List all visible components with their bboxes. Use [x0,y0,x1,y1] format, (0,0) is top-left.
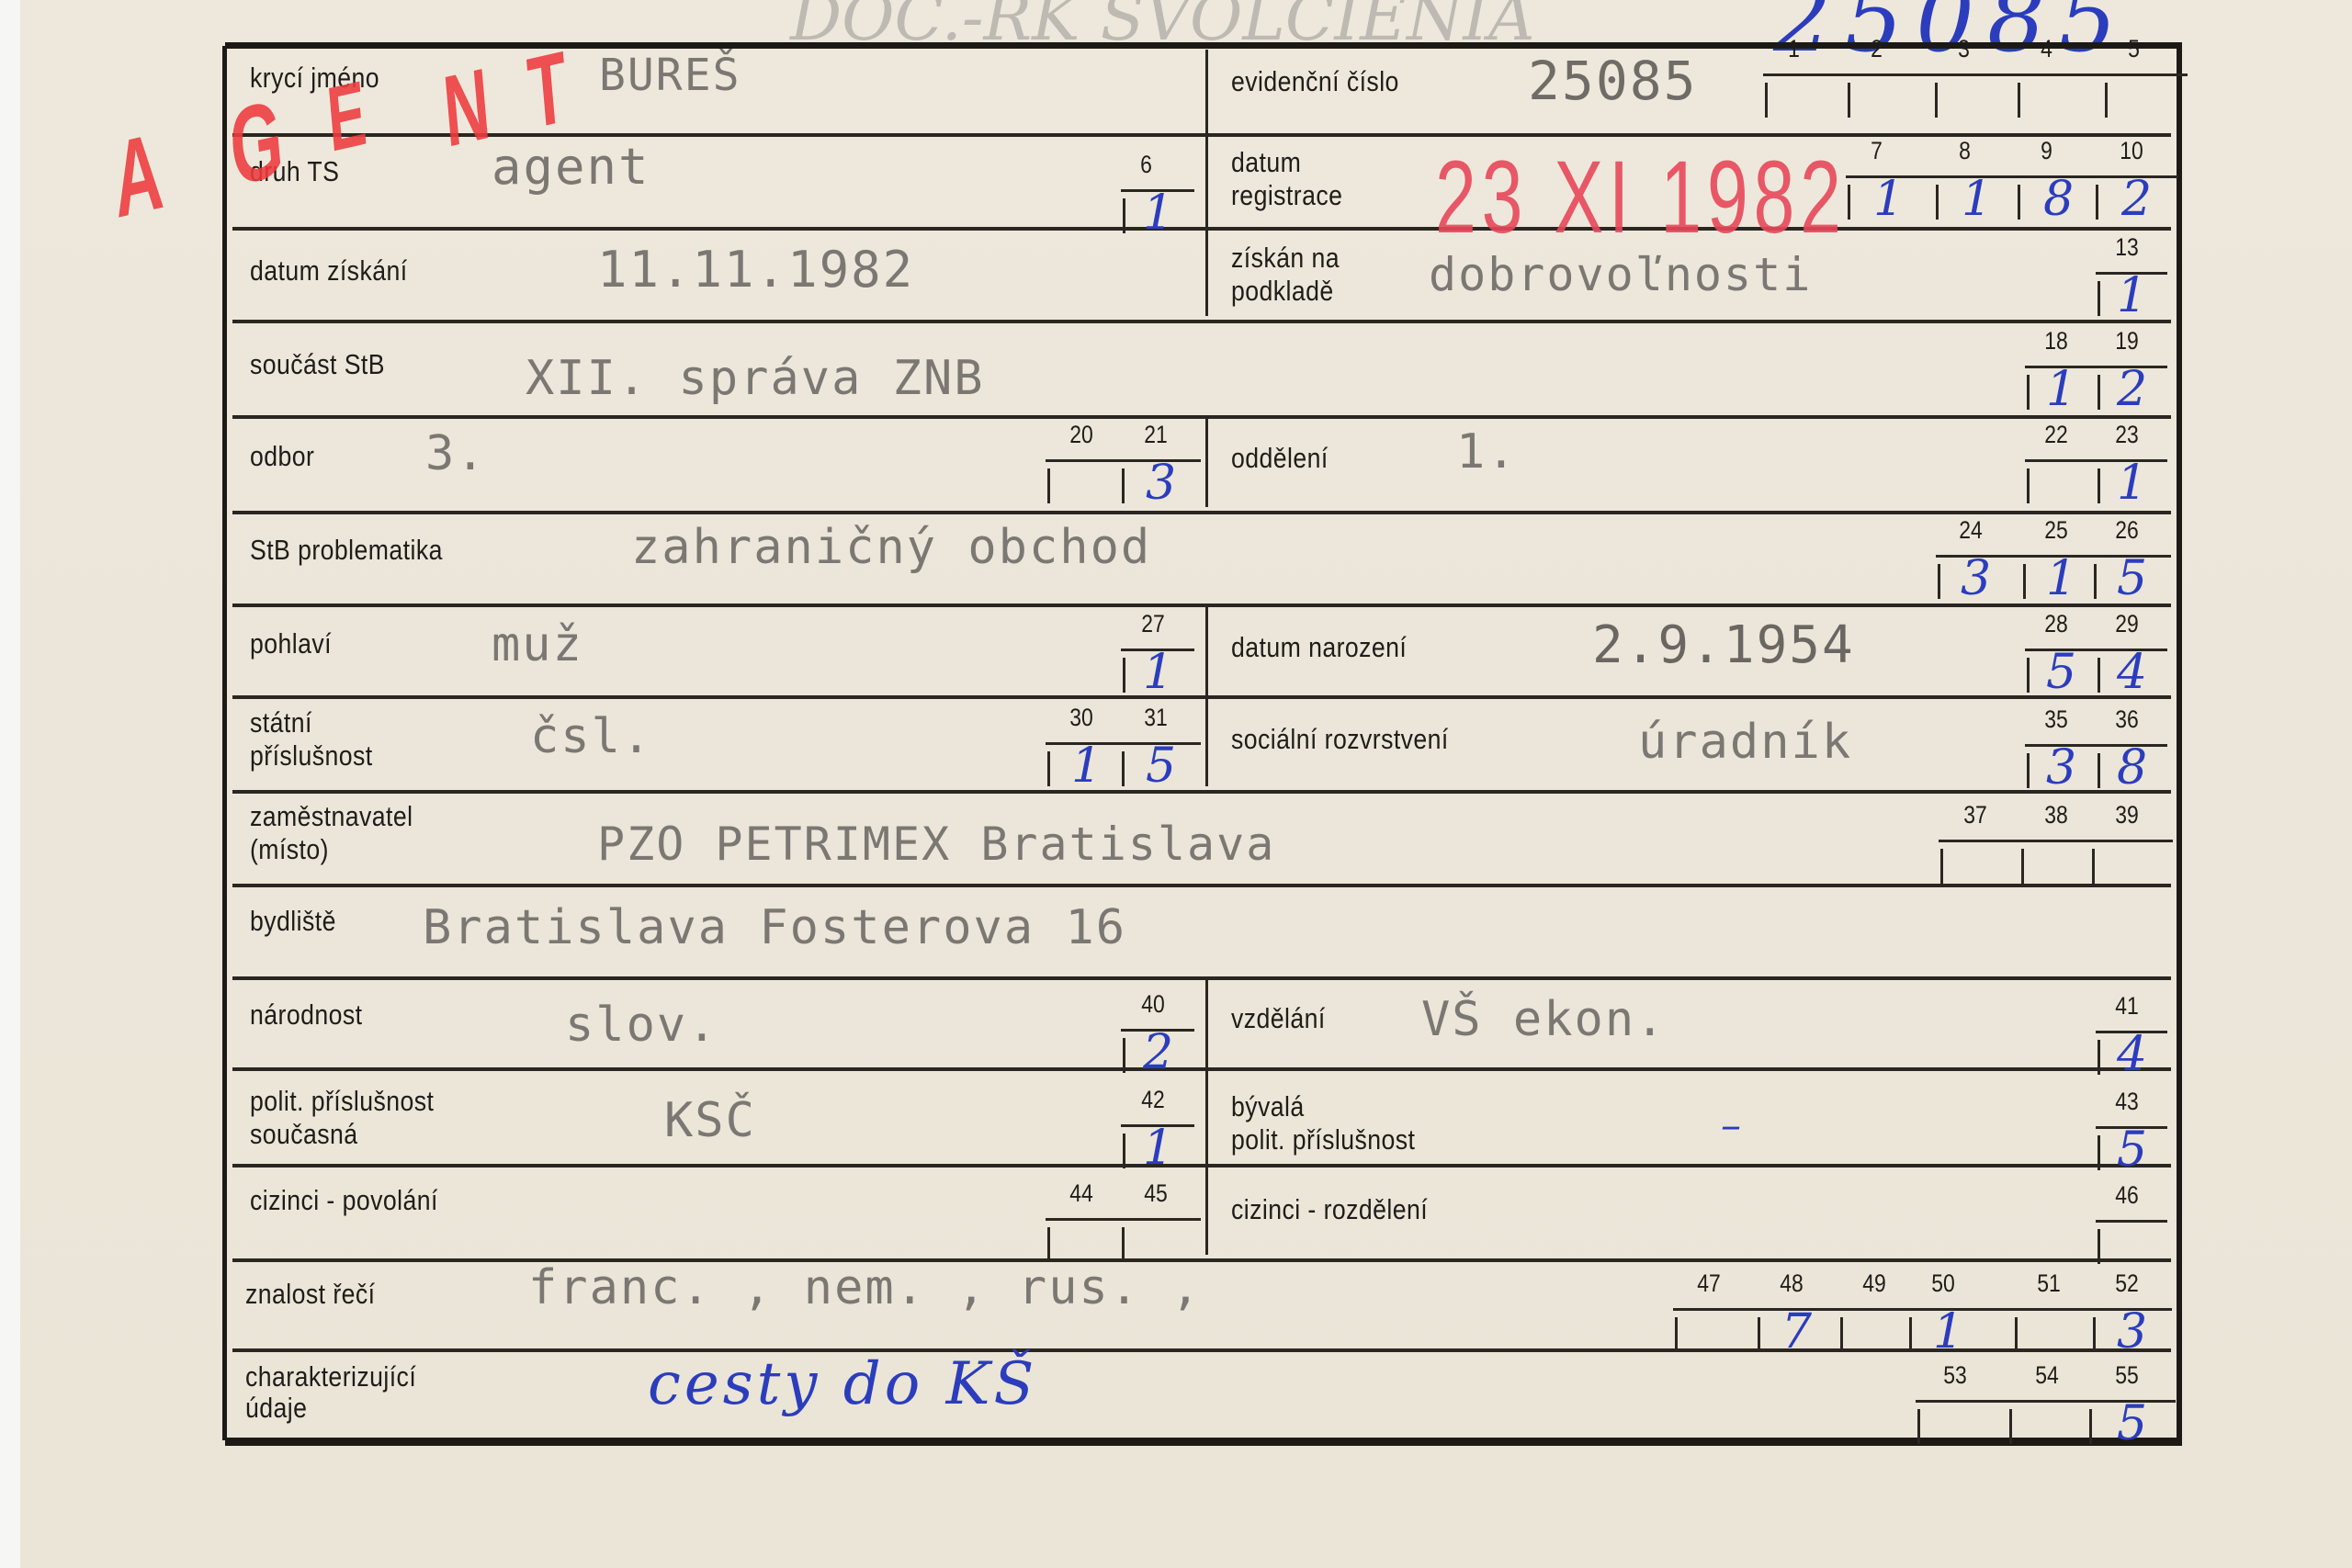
label-datum-registrace-1: datum [1231,147,1301,178]
label-cizinci-povolani: cizinci - povolání [250,1185,438,1216]
code-cell-tick [1123,1134,1125,1168]
label-prislusnost: příslušnost [250,740,373,772]
soucast-stb-code-mark: 1 [2046,362,2076,417]
code-cell-tick [2015,1317,2018,1352]
code-cell-tick [1122,751,1125,786]
row-divider [232,884,2171,887]
socialni-rozvrstveni-code-number: 36 [2115,705,2139,734]
label-datum-narozeni: datum narození [1231,632,1407,663]
value-vzdelani: VŠ ekon. [1421,992,1666,1047]
charakterizujici-code-number: 55 [2115,1361,2139,1390]
code-cell-tick [1765,83,1768,118]
row-divider [232,511,2171,514]
datum-registrace-code-number: 10 [2120,137,2143,165]
znalost-reci-code-number: 47 [1697,1269,1721,1298]
label-vzdelani: vzdělání [1231,1003,1326,1034]
value-stb-problematika: zahraničný obchod [631,520,1151,575]
code-cell-tick [2098,1229,2100,1264]
oddeleni-code-number: 23 [2115,421,2139,449]
evidencni-cislo-code-boxes [1763,73,2188,119]
zamestnavatel-code-number: 39 [2115,801,2139,829]
row-divider [232,790,2171,794]
statni-prislusnost-code-mark: 1 [1071,739,1102,794]
znalost-reci-code-number: 49 [1862,1269,1886,1298]
label-oddeleni: oddělení [1231,443,1329,474]
odbor-code-boxes [1046,459,1201,505]
datum-registrace-code-number: 8 [1959,137,1971,165]
column-divider [1205,50,1208,316]
oddeleni-code-number: 22 [2044,421,2068,449]
row-divider [232,1164,2171,1168]
label-udaje: údaje [245,1393,307,1424]
label-byvala: bývalá [1231,1091,1305,1122]
evidencni-cislo-code-number: 3 [1958,35,1970,63]
value-narodnost: slov. [565,998,718,1053]
label-znalost-reci: znalost řečí [245,1279,375,1310]
code-cell-tick [2027,468,2030,503]
label-evidencni-cislo: evidenční číslo [1231,66,1399,97]
cizinci-rozdeleni-code-number: 46 [2115,1181,2139,1210]
code-cell-tick [2027,658,2030,693]
column-divider [1205,980,1208,1255]
oddeleni-code-mark: 1 [2117,456,2147,511]
value-zamestnavatel: PZO PETRIMEX Bratislava [597,818,1275,871]
narodnost-code-mark: 2 [1143,1025,1173,1080]
datum-narozeni-code-number: 29 [2115,610,2139,638]
form-border-right [2177,46,2182,1440]
value-polit-soucasna: KSČ [664,1093,756,1148]
scan-edge [0,0,20,1568]
row-divider [232,227,2171,231]
code-cell-tick [2021,849,2024,884]
code-cell-tick [1940,849,1943,884]
code-cell-tick [2089,1409,2092,1444]
label-zamestnavatel: zaměstnavatel [250,801,413,832]
cizinci-povolani-code-number: 44 [1069,1179,1093,1208]
code-cell-tick [2093,1317,2096,1352]
column-divider [1205,607,1208,786]
stb-problematika-code-mark: 5 [2117,551,2147,606]
cizinci-povolani-code-number: 45 [1144,1179,1168,1208]
value-soucast-stb: XII. správa ZNB [526,351,985,406]
code-cell-tick [2098,375,2100,410]
code-cell-tick [2105,83,2108,118]
soucast-stb-code-mark: 2 [2117,362,2147,417]
value-charakterizujici: cesty do KŠ [648,1350,1037,1418]
evidencni-cislo-code-number: 4 [2041,35,2052,63]
label-pohlavi: pohlaví [250,628,332,660]
code-cell-tick [1917,1409,1920,1444]
label-stb-problematika: StB problematika [250,535,443,566]
code-cell-tick [1047,751,1050,786]
statni-prislusnost-code-mark: 5 [1146,739,1176,794]
value-socialni-rozvrstveni: úradník [1638,715,1852,770]
label-ziskan-na: získán na [1231,243,1340,274]
datum-narozeni-code-number: 28 [2044,610,2068,638]
form-border-bottom [225,1438,2182,1446]
label-bydliste: bydliště [250,906,336,937]
narodnost-code-number: 40 [1141,990,1165,1019]
agent-stamp-letter: G [225,75,288,210]
code-cell-tick [2098,658,2100,693]
odbor-code-number: 20 [1069,421,1093,449]
datum-registrace-code-number: 7 [1871,137,1883,165]
row-divider [232,320,2171,323]
registration-form: krycí jménoBUREŠevidenční číslo250851234… [225,46,2178,1440]
polit-soucasna-code-mark: 1 [1143,1121,1173,1176]
code-cell-tick [1935,83,1938,118]
code-cell-tick [1047,468,1050,503]
zamestnavatel-code-boxes [1939,840,2173,886]
label-statni: státní [250,707,312,739]
datum-narozeni-code-mark: 4 [2117,645,2147,700]
cizinci-rozdeleni-code-boxes [2096,1220,2167,1266]
znalost-reci-code-mark: 3 [2117,1304,2147,1359]
code-cell-tick [2098,1040,2100,1075]
vzdelani-code-mark: 4 [2117,1027,2147,1082]
value-pohlavi: muž [492,617,583,672]
charakterizujici-code-number: 53 [1943,1361,1967,1390]
code-cell-tick [1936,185,1939,220]
code-cell-tick [2096,185,2098,220]
label-podklade: podkladě [1231,276,1334,307]
value-evidencni-cislo: 25085 [1528,50,1698,112]
evidencni-cislo-code-number: 2 [1871,35,1883,63]
code-cell-tick [1938,564,1940,599]
evidencni-cislo-code-number: 5 [2128,35,2140,63]
evidencni-cislo-code-number: 1 [1788,35,1800,63]
label-soucast-stb: součást StB [250,349,385,380]
code-cell-tick [1123,658,1125,693]
value-polit-byvala: – [1721,1102,1741,1149]
polit-byvala-code-number: 43 [2115,1088,2139,1116]
stb-problematika-code-mark: 1 [2046,551,2076,606]
druh-ts-code-number: 6 [1140,151,1152,179]
code-cell-tick [1848,185,1850,220]
cizinci-povolani-code-boxes [1046,1218,1201,1264]
label-socialni-rozvrstveni: sociální rozvrstvení [1231,724,1449,755]
druh-ts-code-mark: 1 [1143,186,1173,241]
code-cell-tick [2092,849,2095,884]
code-cell-tick [1909,1317,1912,1352]
column-divider [1205,419,1208,507]
row-divider [232,415,2171,419]
znalost-reci-code-number: 48 [1780,1269,1804,1298]
code-cell-tick [1122,1227,1125,1262]
value-bydliste: Bratislava Fosterova 16 [423,900,1126,955]
code-cell-tick [1848,83,1850,118]
code-cell-tick [2027,375,2030,410]
code-cell-tick [1123,198,1125,233]
zamestnavatel-code-number: 37 [1963,801,1987,829]
code-cell-tick [1840,1317,1843,1352]
datum-registrace-code-mark: 1 [1962,172,1992,227]
value-datum-ziskani: 11.11.1982 [597,241,914,299]
value-datum-narozeni: 2.9.1954 [1592,615,1855,675]
code-cell-tick [2098,1135,2100,1170]
code-cell-tick [1047,1227,1050,1262]
label-polit-prislusnost: polit. příslušnost [250,1086,434,1117]
code-cell-tick [2094,564,2097,599]
socialni-rozvrstveni-code-number: 35 [2044,705,2068,734]
registration-date-stamp: 23 XI 1982 [1435,138,1847,256]
stb-problematika-code-number: 26 [2115,516,2139,545]
stb-problematika-code-number: 24 [1959,516,1983,545]
value-oddeleni: 1. [1456,424,1518,479]
znalost-reci-code-boxes [1673,1308,2172,1354]
datum-registrace-code-mark: 1 [1873,172,1904,227]
soucast-stb-code-number: 19 [2115,327,2139,355]
code-cell-tick [2018,185,2020,220]
znalost-reci-code-mark: 1 [1933,1304,1963,1359]
stb-problematika-code-number: 25 [2044,516,2068,545]
form-border-top [225,42,2182,49]
odbor-code-mark: 3 [1146,456,1176,511]
code-cell-tick [1758,1317,1760,1352]
code-cell-tick [1675,1317,1678,1352]
label-narodnost: národnost [250,999,362,1031]
value-znalost-reci: franc. , nem. , rus. , [528,1260,1202,1315]
polit-byvala-code-mark: 5 [2117,1122,2147,1178]
statni-prislusnost-code-number: 30 [1069,704,1093,732]
row-divider [232,604,2171,607]
label-misto: (místo) [250,834,329,865]
datum-registrace-code-mark: 8 [2043,172,2074,227]
value-statni-prislusnost: čsl. [530,709,652,764]
label-charakterizujici: charakterizující [245,1361,416,1393]
code-cell-tick [2027,753,2030,788]
zamestnavatel-code-number: 38 [2044,801,2068,829]
value-druh-ts: agent [492,138,650,196]
pohlavi-code-mark: 1 [1143,645,1173,700]
datum-registrace-code-number: 9 [2041,137,2052,165]
code-cell-tick [2098,281,2100,316]
ziskan-na-podklade-code-mark: 1 [2117,268,2147,323]
code-cell-tick [2098,753,2100,788]
row-divider [232,976,2171,980]
socialni-rozvrstveni-code-mark: 8 [2117,740,2147,795]
socialni-rozvrstveni-code-mark: 3 [2046,740,2076,795]
charakterizujici-code-mark: 5 [2117,1396,2147,1451]
code-cell-tick [2023,564,2026,599]
label-datum-ziskani: datum získání [250,255,408,287]
value-odbor: 3. [425,426,487,481]
ziskan-na-podklade-code-number: 13 [2115,233,2139,262]
znalost-reci-code-mark: 7 [1781,1304,1812,1359]
label-datum-registrace-2: registrace [1231,180,1342,211]
code-cell-tick [1123,1038,1125,1073]
row-divider [232,1067,2171,1071]
code-cell-tick [1122,468,1125,503]
row-divider [232,695,2171,699]
code-cell-tick [2018,83,2020,118]
soucast-stb-code-number: 18 [2044,327,2068,355]
datum-registrace-code-mark: 2 [2121,172,2152,227]
row-divider [232,1258,2171,1262]
statni-prislusnost-code-number: 31 [1144,704,1168,732]
label-odbor: odbor [250,441,314,472]
code-cell-tick [2098,468,2100,503]
odbor-code-number: 21 [1144,421,1168,449]
label-soucasna: současná [250,1119,358,1150]
charakterizujici-code-number: 54 [2035,1361,2059,1390]
vzdelani-code-number: 41 [2115,992,2139,1021]
znalost-reci-code-number: 50 [1931,1269,1955,1298]
stb-problematika-code-mark: 3 [1961,551,1991,606]
statni-prislusnost-code-boxes [1046,742,1201,788]
znalost-reci-code-number: 51 [2037,1269,2061,1298]
form-border-left [222,46,227,1440]
polit-soucasna-code-number: 42 [1141,1086,1165,1114]
datum-narozeni-code-mark: 5 [2046,645,2076,700]
label-polit-prislusnost-byvala: polit. příslušnost [1231,1124,1415,1156]
pohlavi-code-number: 27 [1141,610,1165,638]
code-cell-tick [2009,1409,2012,1444]
znalost-reci-code-number: 52 [2115,1269,2139,1298]
value-kryci-jmeno: BUREŠ [599,50,741,101]
label-cizinci-rozdeleni: cizinci - rozdělení [1231,1194,1428,1225]
